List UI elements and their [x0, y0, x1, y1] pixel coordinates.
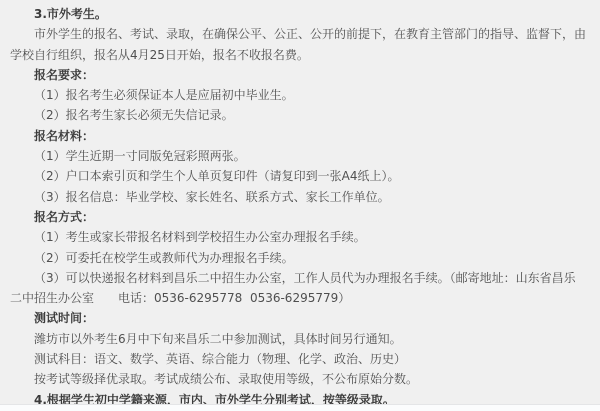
document-body: 3.市外考生。 市外学生的报名、考试、录取，在确保公平、公正、公开的前提下，在教…	[0, 0, 600, 410]
page-bottom-strip	[0, 404, 600, 411]
list-item: （3）报名信息：毕业学校、家长姓名、联系方式、家长工作单位。	[10, 187, 590, 207]
label-registration-materials: 报名材料：	[10, 126, 590, 146]
list-item: （1）学生近期一寸同版免冠彩照两张。	[10, 146, 590, 166]
paragraph-line: 市外学生的报名、考试、录取，在确保公平、公正、公开的前提下，在教育主管部门的指导…	[10, 24, 590, 44]
list-item: （2）户口本索引页和学生个人单页复印件（请复印到一张A4纸上）。	[10, 166, 590, 186]
label-registration-method: 报名方式：	[10, 207, 590, 227]
list-item: （1）考生或家长带报名材料到学校招生办公室办理报名手续。	[10, 227, 590, 247]
label-registration-requirements: 报名要求：	[10, 65, 590, 85]
section-3-heading: 3.市外考生。	[10, 4, 590, 24]
list-item: （1）报名考生必须保证本人是应届初中毕业生。	[10, 85, 590, 105]
list-item: （3）可以快递报名材料到昌乐二中招生办公室，工作人员代为办理报名手续。（邮寄地址…	[10, 268, 590, 288]
paragraph-line: 按考试等级择优录取。考试成绩公布、录取使用等级，不公布原始分数。	[10, 369, 590, 389]
paragraph-line: 潍坊市以外考生6月中下旬来昌乐二中参加测试，具体时间另行通知。	[10, 329, 590, 349]
contact-phone-line: 二中招生办公室 电话：0536-6295778 0536-6295779）	[10, 288, 590, 308]
list-item: （2）可委托在校学生或教师代为办理报名手续。	[10, 248, 590, 268]
list-item: （2）报名考生家长必须无失信记录。	[10, 105, 590, 125]
paragraph-line: 测试科目：语文、数学、英语、综合能力（物理、化学、政治、历史）	[10, 349, 590, 369]
label-test-time: 测试时间：	[10, 308, 590, 328]
paragraph-line: 学校自行组织，报名从4月25日开始，报名不收报名费。	[10, 45, 590, 65]
